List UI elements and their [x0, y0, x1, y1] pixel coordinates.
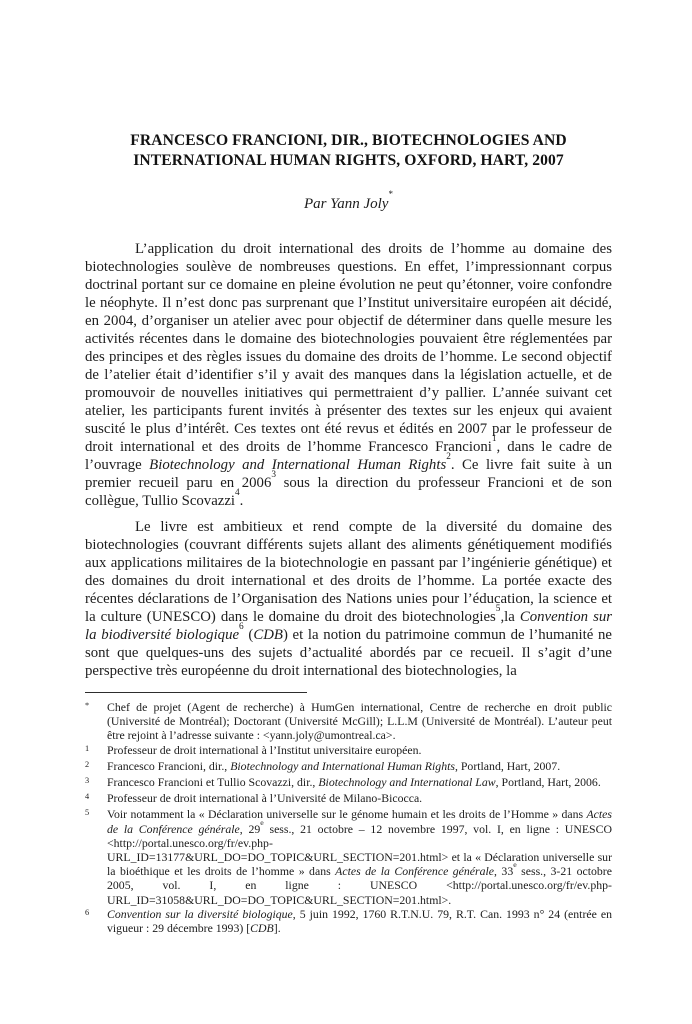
text-run: Voir notamment la « Déclaration universe… — [107, 807, 586, 821]
text-run: Professeur de droit international à l’In… — [107, 743, 421, 757]
text-run: , 29 — [240, 822, 261, 836]
footnote-text: Francesco Francioni et Tullio Scovazzi, … — [107, 775, 612, 789]
footnote-marker: 5 — [85, 807, 107, 823]
footnote-marker-symbol: * — [85, 701, 89, 710]
text-run: L’application du droit international des… — [85, 241, 612, 455]
footnote-text: Voir notamment la « Déclaration universe… — [107, 807, 612, 906]
footnote-text: Francesco Francioni, dir., Biotechnology… — [107, 759, 612, 773]
byline: Par Yann Joly* — [85, 195, 612, 214]
paragraph: Le livre est ambitieux et rend compte de… — [85, 518, 612, 680]
footnote-marker: 6 — [85, 907, 107, 923]
text-run: 5 — [496, 604, 501, 614]
footnote-marker-symbol: 6 — [85, 908, 89, 917]
text-run: 6 — [239, 622, 244, 632]
footnote: *Chef de projet (Agent de recherche) à H… — [85, 700, 612, 743]
text-run: Chef de projet (Agent de recherche) à Hu… — [107, 700, 612, 742]
text-run: , 33 — [494, 864, 513, 878]
footnote-marker: 1 — [85, 743, 107, 759]
text-run: 3 — [271, 470, 276, 480]
text-run: 4 — [235, 488, 240, 498]
footnote-marker-symbol: 5 — [85, 808, 89, 817]
text-run: Convention sur la diversité biologique — [107, 907, 293, 921]
footnote: 2Francesco Francioni, dir., Biotechnolog… — [85, 759, 612, 775]
footnote-marker: 4 — [85, 791, 107, 807]
text-run: e — [513, 860, 516, 869]
footnote-text: Professeur de droit international à l’In… — [107, 743, 612, 757]
footnotes: *Chef de projet (Agent de recherche) à H… — [85, 700, 612, 935]
text-run: Actes de la Conférence générale — [335, 864, 494, 878]
footnote-text: Professeur de droit international à l’Un… — [107, 791, 612, 805]
text-run: Biotechnology and International Human Ri… — [149, 457, 446, 473]
footnote-marker-symbol: 4 — [85, 792, 89, 801]
footnote: 3Francesco Francioni et Tullio Scovazzi,… — [85, 775, 612, 791]
text-run: , Portland, Hart, 2006. — [496, 775, 601, 789]
byline-text: Par Yann Joly — [304, 196, 388, 212]
footnote: 5Voir notamment la « Déclaration univers… — [85, 807, 612, 906]
footnote-marker-symbol: 2 — [85, 760, 89, 769]
text-run: 2 — [446, 452, 451, 462]
text-run: Francesco Francioni et Tullio Scovazzi, … — [107, 775, 318, 789]
document-title: FRANCESCO FRANCIONI, DIR., BIOTECHNOLOGI… — [85, 131, 612, 171]
footnote-separator — [85, 692, 307, 693]
footnote-text: Convention sur la diversité biologique, … — [107, 907, 612, 935]
text-run: CDB — [250, 921, 274, 935]
text-run: 1 — [492, 434, 497, 444]
footnote-marker: * — [85, 700, 107, 716]
footnote-marker: 2 — [85, 759, 107, 775]
footnote-text: Chef de projet (Agent de recherche) à Hu… — [107, 700, 612, 743]
text-run: ,la — [500, 609, 519, 625]
document-page: FRANCESCO FRANCIONI, DIR., BIOTECHNOLOGI… — [0, 0, 692, 1024]
text-run: e — [260, 818, 263, 827]
title-line-2: INTERNATIONAL HUMAN RIGHTS, OXFORD, HART… — [85, 151, 612, 171]
footnote-marker: 3 — [85, 775, 107, 791]
paragraph: L’application du droit international des… — [85, 240, 612, 510]
text-run: . — [240, 493, 244, 509]
text-run: , Portland, Hart, 2007. — [455, 759, 560, 773]
footnote: 6Convention sur la diversité biologique,… — [85, 907, 612, 935]
footnote-marker-symbol: 1 — [85, 744, 89, 753]
title-line-1: FRANCESCO FRANCIONI, DIR., BIOTECHNOLOGI… — [85, 131, 612, 151]
text-run: Biotechnology and International Law — [318, 775, 495, 789]
footnote: 1Professeur de droit international à l’I… — [85, 743, 612, 759]
byline-footnote-mark: * — [388, 189, 393, 199]
text-run: Francesco Francioni, dir., — [107, 759, 230, 773]
text-run: CDB — [253, 627, 283, 643]
text-run: ]. — [274, 921, 281, 935]
text-run: Professeur de droit international à l’Un… — [107, 791, 422, 805]
footnote-marker-symbol: 3 — [85, 776, 89, 785]
page-content: FRANCESCO FRANCIONI, DIR., BIOTECHNOLOGI… — [85, 0, 612, 935]
text-run: ( — [244, 627, 254, 643]
text-run: Biotechnology and International Human Ri… — [230, 759, 455, 773]
footnote: 4Professeur de droit international à l’U… — [85, 791, 612, 807]
body-paragraphs: L’application du droit international des… — [85, 240, 612, 680]
